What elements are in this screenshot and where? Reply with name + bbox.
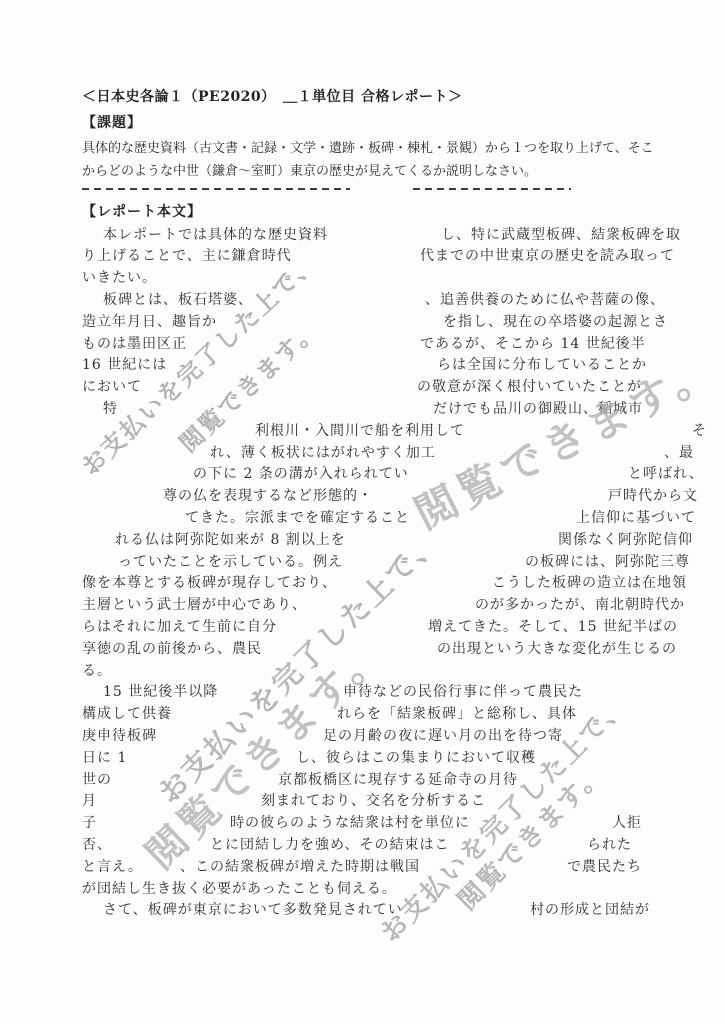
text-fragment: れる仏は阿弥陀如来が 8 割以上を [115, 529, 346, 549]
section-heading-kadai: 【課題】 [82, 112, 142, 132]
text-fragment: 村の形成と団結が [530, 899, 650, 919]
text-fragment: 増えてきた。そして、15 世紀半ばの [428, 616, 678, 636]
text-fragment: 尊の仏を表現するなど形態的・ [163, 485, 373, 505]
text-fragment: が団結し生き抜く必要があったことも伺える。 [82, 878, 397, 898]
text-fragment: 本レポートでは具体的な歴史資料 [103, 224, 328, 244]
text-fragment: 主層という武士層が中心であり、 [82, 594, 307, 614]
report-document-page: ＜日本史各論１（PE2020） ＿１単位目 合格レポート＞ 【課題】 具体的な歴… [0, 0, 724, 1024]
text-fragment: の板碑には、阿弥陀三尊 [525, 551, 690, 571]
text-fragment: し、彼らはこの集まりにおいて収穫 [296, 747, 536, 767]
text-fragment: と呼ばれ、 [628, 463, 704, 483]
text-fragment: とに団結し力を強め、その結束はこ [210, 834, 449, 854]
text-fragment: と言え。 [82, 856, 143, 876]
text-fragment: 戸時代から文 [608, 485, 698, 505]
text-fragment: 京都板橋区に現存する延命寺の月待 [278, 769, 518, 789]
text-fragment: 、この結衆板碑が増えた時期は戦国 [180, 856, 420, 876]
text-fragment: れ、薄く板状にはがれやすく加工 [210, 442, 436, 462]
text-fragment: し、特に武蔵型板碑、結衆板碑を取 [441, 224, 681, 244]
text-fragment: 造立年月日、趣旨か [82, 311, 217, 331]
text-fragment: 16 世紀には [82, 354, 167, 374]
text-fragment: 関係なく阿弥陀信仰 [558, 529, 693, 549]
text-fragment: であるが、そこから 14 世紀後半 [420, 333, 646, 353]
text-fragment: 特 [103, 398, 118, 418]
text-fragment: らはそれに加えて生前に自分 [82, 616, 277, 636]
text-fragment: 否、 [82, 834, 112, 854]
assignment-text-line-1: 具体的な歴史資料（古文書・記録・文学・遺跡・板碑・棟札・景観）から１つを取り上げ… [82, 137, 654, 156]
text-fragment: 時の彼らのような結衆は村を単位に [230, 812, 470, 832]
assignment-text-line-2: からどのような中世（鎌倉～室町）東京の歴史が見えてくるか説明しなさい。 [82, 160, 537, 179]
text-fragment: 子 [82, 812, 97, 832]
text-fragment: を指し、現在の卒塔婆の起源とさ [443, 311, 668, 331]
separator-dashes-left [82, 188, 350, 190]
text-fragment: 上信仰に基づいて [576, 507, 696, 527]
section-heading-honbun: 【レポート本文】 [82, 201, 202, 221]
text-fragment: いきたい。 [82, 267, 157, 287]
text-fragment: 月 [82, 790, 97, 810]
text-fragment: れらを「結衆板碑」と総称し、具体 [337, 703, 577, 723]
text-fragment: てきた。宗派までを確定すること [185, 507, 410, 527]
text-fragment: 、追善供養のために仏や菩薩の像、 [425, 289, 665, 309]
text-fragment: 刻まれており、交名を分析するこ [261, 790, 486, 810]
text-fragment: だけでも品川の御殿山、稲城市 [433, 398, 643, 418]
text-fragment: 15 世紀後半以降 [103, 681, 218, 701]
text-fragment: さて、板碑が東京において多数発見されてい [103, 899, 403, 919]
text-fragment: の下に 2 条の溝が入れられてい [193, 463, 409, 483]
text-fragment: 申待などの民俗行事に伴って農民た [343, 681, 583, 701]
text-fragment: 享徳の乱の前後から、農民 [82, 638, 262, 658]
text-fragment: 人拒 [612, 812, 642, 832]
text-fragment: っていたことを示している。例え [118, 551, 343, 571]
text-fragment: ものは墨田区正 [82, 333, 187, 353]
text-fragment: られた [587, 834, 632, 854]
text-fragment: のが多かったが、南北朝時代か [475, 594, 685, 614]
text-fragment: こうした板碑の造立は在地領 [492, 572, 687, 592]
text-fragment: 日に 1 [82, 747, 127, 767]
text-fragment: らは全国に分布していることか [437, 354, 647, 374]
text-fragment: り上げることで、主に鎌倉時代 [82, 245, 292, 265]
separator-dashes-right [413, 188, 571, 190]
text-fragment: 世の [82, 769, 112, 789]
text-fragment: の出現という大きな変化が生じるの [437, 638, 677, 658]
text-fragment: 庚申待板碑 [82, 725, 157, 745]
report-title: ＜日本史各論１（PE2020） ＿１単位目 合格レポート＞ [82, 86, 463, 106]
text-fragment: 構成して供養 [82, 703, 172, 723]
text-fragment: 板碑とは、板石塔婆、 [103, 289, 253, 309]
text-fragment: において [82, 376, 142, 396]
text-fragment: の敬意が深く根付いていたことが [417, 376, 642, 396]
text-fragment: 代までの中世東京の歴史を読み取って [420, 245, 675, 265]
text-fragment: そ [692, 420, 707, 440]
text-fragment: 、最 [664, 442, 694, 462]
text-fragment: 利根川・入間川で船を利用して [255, 420, 465, 440]
text-fragment: で農民たち [567, 856, 642, 876]
text-fragment: 像を本尊とする板碑が現存しており、 [82, 572, 337, 592]
text-fragment: 足の月齢の夜に遅い月の出を待つ寄 [323, 725, 563, 745]
text-fragment: る。 [82, 660, 112, 680]
